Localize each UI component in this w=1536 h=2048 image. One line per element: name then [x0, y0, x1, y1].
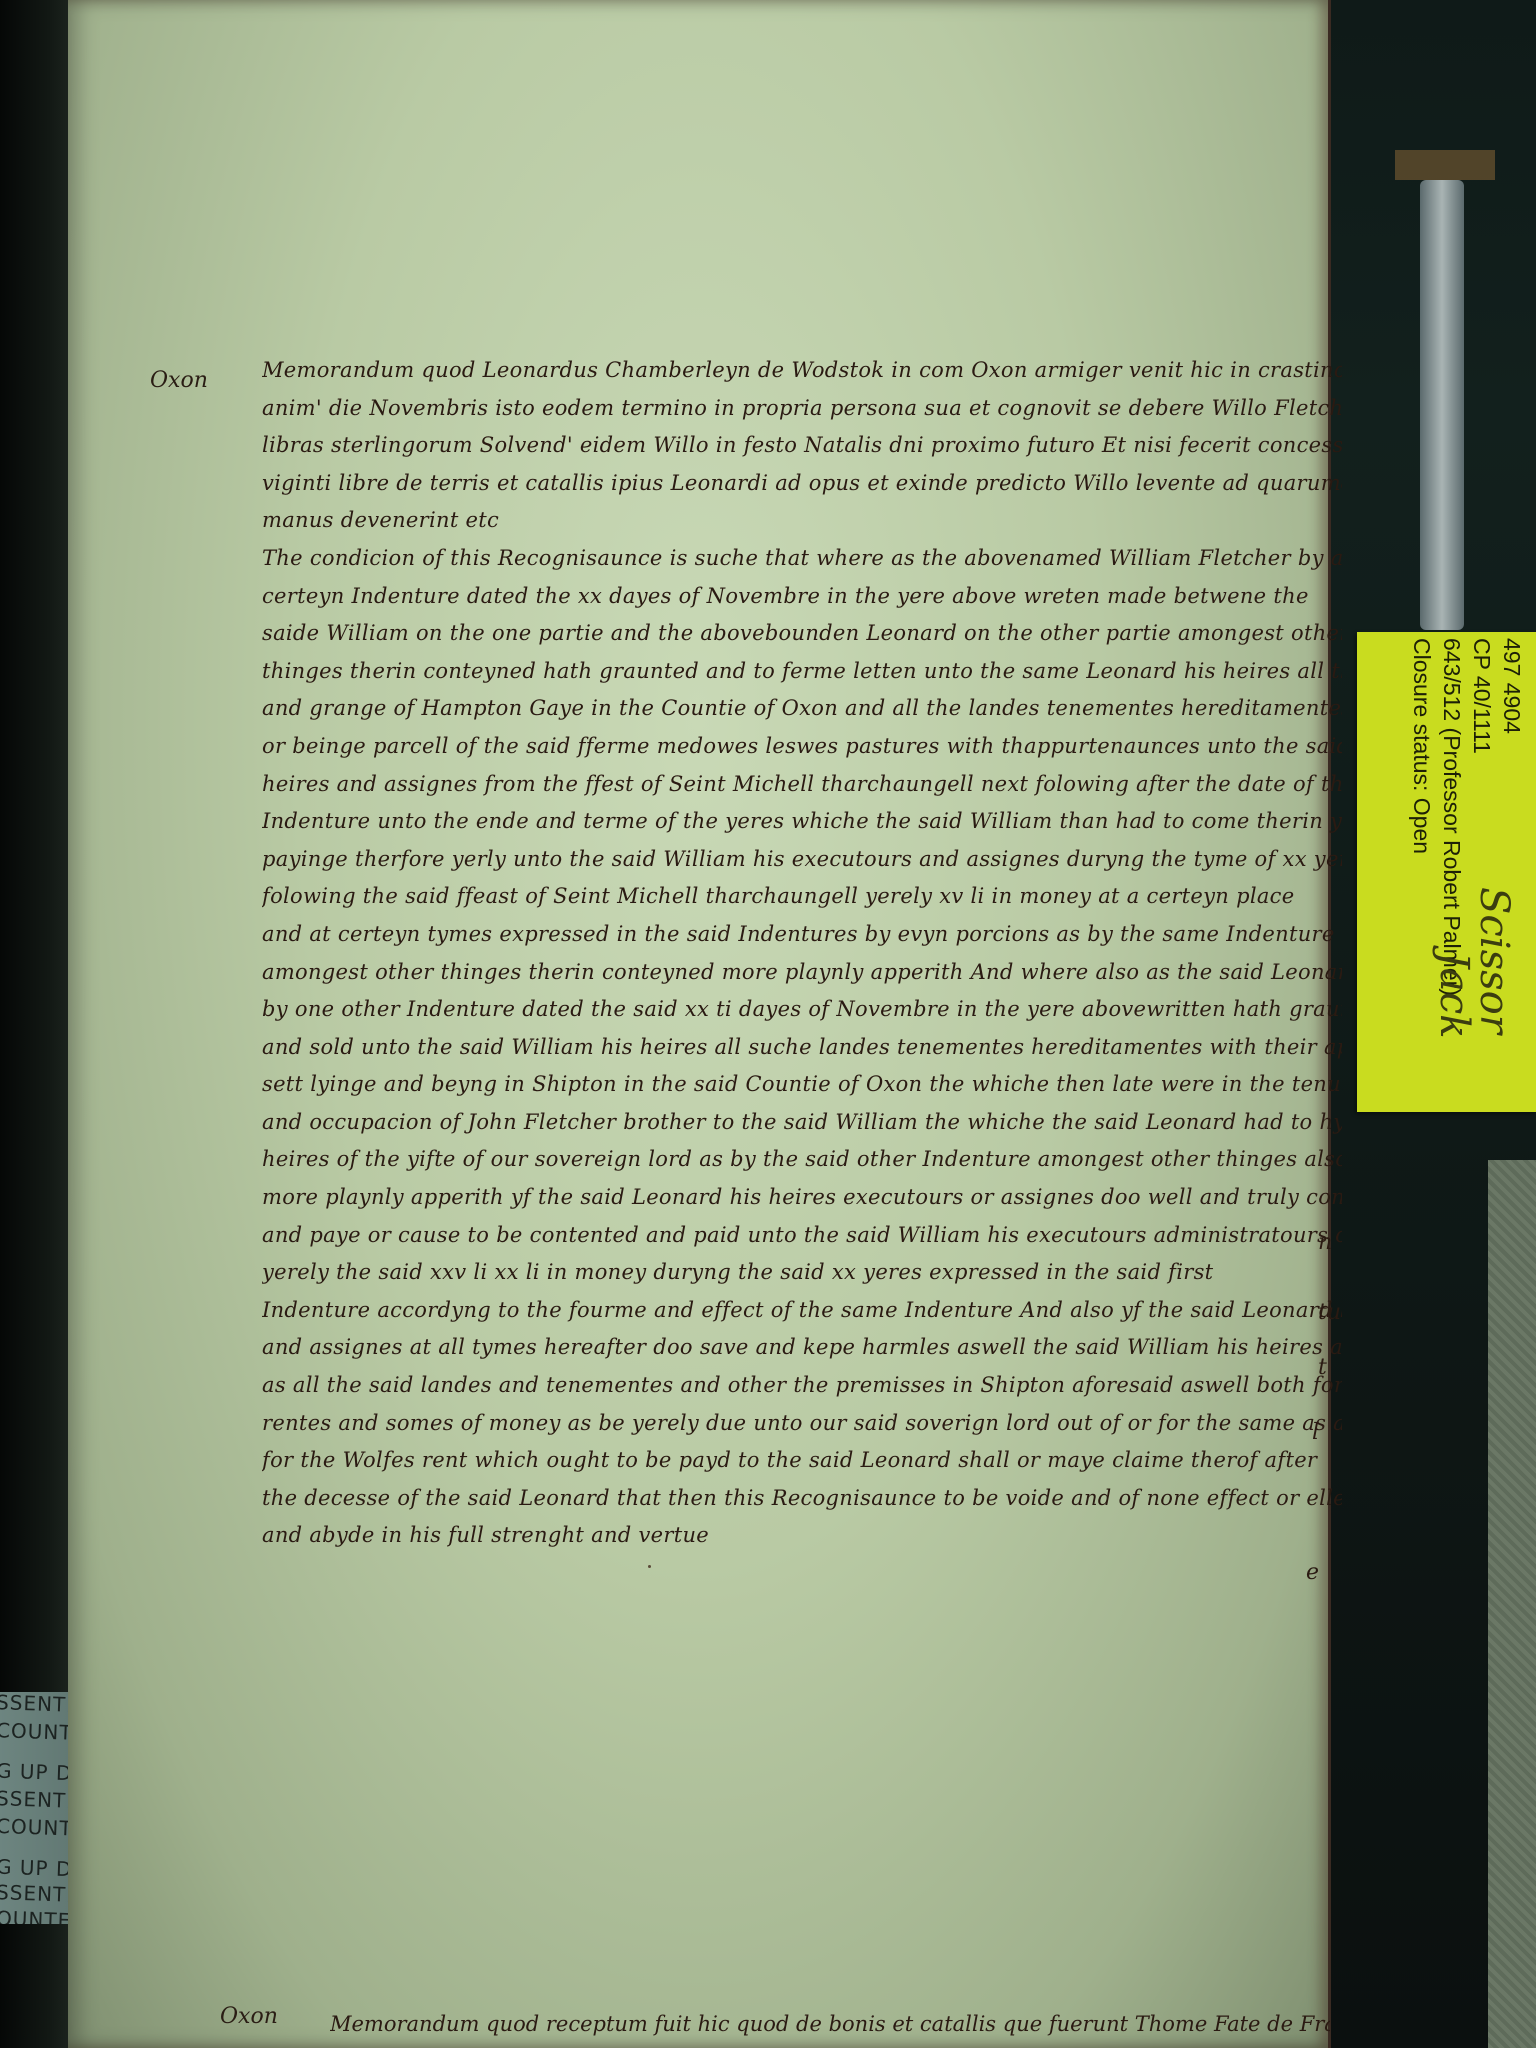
archive-box-edge — [1395, 150, 1495, 180]
label-handwritten-name: Jack — [1431, 952, 1477, 1039]
manuscript-line: and assignes at all tymes hereafter doo … — [262, 1329, 1342, 1367]
manuscript-line: yerely the said xxv li xx li in money du… — [262, 1254, 1342, 1292]
manuscript-line: sett lyinge and beyng in Shipton in the … — [262, 1066, 1342, 1104]
manuscript-line: rentes and somes of money as be yerely d… — [262, 1405, 1342, 1443]
manuscript-text: Memorandum quod Leonardus Chamberleyn de… — [262, 352, 1342, 1555]
label-handwritten-note: Scissor — [1471, 887, 1517, 1034]
manuscript-line: as all the said landes and tenementes an… — [262, 1367, 1342, 1405]
manuscript-line: The condicion of this Recognisaunce is s… — [262, 540, 1342, 578]
cloth-tie — [1488, 1160, 1536, 2048]
manuscript-line: thinges therin conteyned hath graunted a… — [262, 653, 1342, 691]
manuscript-line: Indenture unto the ende and terme of the… — [262, 803, 1342, 841]
edge-mark: l — [1312, 1420, 1319, 1445]
manuscript-line: and sold unto the said William his heire… — [262, 1029, 1342, 1067]
manuscript-line: and occupacion of John Fletcher brother … — [262, 1104, 1342, 1142]
manuscript-line: anim' die Novembris isto eodem termino i… — [262, 390, 1342, 428]
margin-note-county-bottom: Oxon — [220, 2004, 278, 2029]
manuscript-line: heires of the yifte of our sovereign lor… — [262, 1141, 1342, 1179]
manuscript-line: by one other Indenture dated the said xx… — [262, 991, 1342, 1029]
manuscript-line: saide William on the one partie and the … — [262, 615, 1342, 653]
manuscript-line: Indenture accordyng to the fourme and ef… — [262, 1292, 1342, 1330]
manuscript-line: certeyn Indenture dated the xx dayes of … — [262, 578, 1342, 616]
manuscript-line: amongest other thinges therin conteyned … — [262, 954, 1342, 992]
manuscript-line: and grange of Hampton Gaye in the Counti… — [262, 690, 1342, 728]
manuscript-next-entry: Memorandum quod receptum fuit hic quod d… — [330, 2012, 1330, 2036]
manuscript-line: libras sterlingorum Solvend' eidem Willo… — [262, 427, 1342, 465]
manuscript-line: and abyde in his full strenght and vertu… — [262, 1517, 1342, 1555]
manuscript-line: for the Wolfes rent which ought to be pa… — [262, 1442, 1342, 1480]
manuscript-line: and paye or cause to be contented and pa… — [262, 1217, 1342, 1255]
manuscript-line: manus devenerint etc — [262, 502, 1342, 540]
manuscript-line: more playnly apperith yf the said Leonar… — [262, 1179, 1342, 1217]
edge-mark: n — [1318, 1230, 1332, 1255]
manuscript-line: Memorandum quod Leonardus Chamberleyn de… — [262, 352, 1342, 390]
manuscript-line: heires and assignes from the ffest of Se… — [262, 766, 1342, 804]
manuscript-line: and at certeyn tymes expressed in the sa… — [262, 916, 1342, 954]
manuscript-line: viginti libre de terris et catallis ipiu… — [262, 465, 1342, 503]
archive-label: 497 4904 CP 40/1111 643/512 (Professor R… — [1357, 632, 1536, 1112]
edge-mark: tu — [1318, 1300, 1341, 1325]
manuscript-line: the decesse of the said Leonard that the… — [262, 1480, 1342, 1518]
manuscript-line: folowing the said ffeast of Seint Michel… — [262, 878, 1342, 916]
edge-mark: e — [1306, 1560, 1319, 1585]
edge-mark: t — [1318, 1355, 1327, 1380]
manuscript-line: or beinge parcell of the said fferme med… — [262, 728, 1342, 766]
storage-tube — [1420, 180, 1464, 630]
margin-note-county: Oxon — [150, 368, 208, 393]
manuscript-line: payinge therfore yerly unto the said Wil… — [262, 841, 1342, 879]
